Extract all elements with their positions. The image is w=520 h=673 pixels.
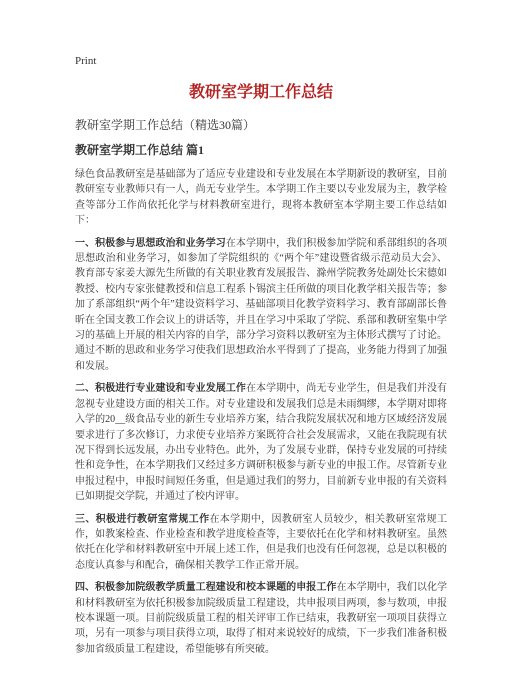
section-body-2: 在本学期中，尚无专业学生，但是我们并没有忽视专业建设方面的相关工作。对专业建设和… bbox=[75, 383, 447, 502]
document-subtitle: 教研室学期工作总结（精选30篇） bbox=[75, 117, 447, 133]
section-paragraph-4: 四、积极参加院级教学质量工程建设和校本课题的申报工作在本学期中，我们以化学和材料… bbox=[75, 580, 447, 657]
variant-heading: 教研室学期工作总结 篇1 bbox=[75, 142, 447, 158]
section-paragraph-2: 二、积极进行专业建设和专业发展工作在本学期中，尚无专业学生，但是我们并没有忽视专… bbox=[75, 381, 447, 504]
intro-paragraph: 绿色食品教研室是基础部为了适应专业建设和专业发展在本学期新设的教研室，目前教研室… bbox=[75, 167, 447, 229]
section-heading-4: 四、积极参加院级教学质量工程建设和校本课题的申报工作 bbox=[75, 582, 336, 593]
section-heading-3: 三、积极进行教研室常规工作 bbox=[75, 514, 209, 525]
page-title: 教研室学期工作总结 bbox=[75, 82, 447, 104]
section-heading-2: 二、积极进行专业建设和专业发展工作 bbox=[75, 383, 246, 394]
section-paragraph-3: 三、积极进行教研室常规工作在本学期中，因教研室人员较少，相关教研室常规工作，如教… bbox=[75, 512, 447, 574]
section-paragraph-1: 一、积极参与思想政治和业务学习在本学期中，我们积极参加学院和系部组织的各项思想政… bbox=[75, 236, 447, 375]
print-link[interactable]: Print bbox=[75, 55, 447, 67]
section-body-1: 在本学期中，我们积极参加学院和系部组织的各项思想政治和业务学习，如参加了学院组织… bbox=[75, 238, 447, 372]
section-heading-1: 一、积极参与思想政治和业务学习 bbox=[75, 238, 226, 249]
document-page: Print 教研室学期工作总结 教研室学期工作总结（精选30篇） 教研室学期工作… bbox=[0, 0, 520, 673]
